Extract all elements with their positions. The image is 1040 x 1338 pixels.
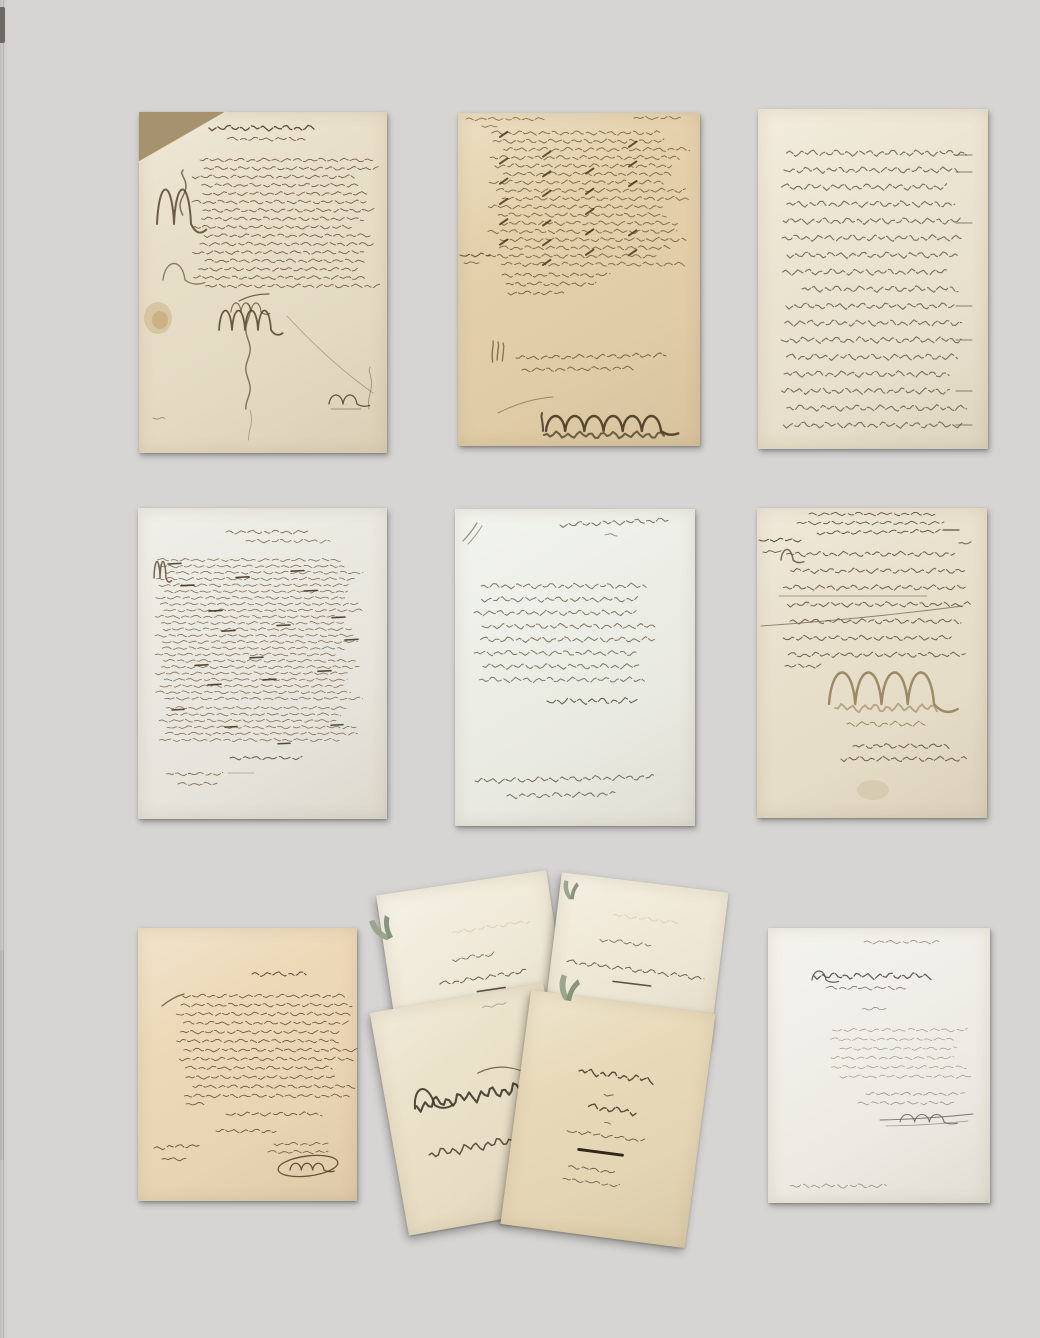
booklet-front-right [500,990,715,1248]
manuscript-photo-2 [458,113,700,446]
binding-notch-top [0,7,5,43]
ribbon-tie-icon [563,878,581,900]
manuscript-photo-1 [139,112,387,453]
manuscript-photo-9 [768,928,990,1203]
manuscript-photo-7 [138,928,357,1201]
manuscript-photo-5 [455,509,695,826]
ribbon-tie-icon [367,910,400,944]
catalog-page [0,0,1040,1338]
manuscript-photo-3 [758,109,988,449]
binding-notch-lower [0,950,4,1160]
manuscript-photo-4 [138,508,387,819]
manuscript-photo-6 [757,508,987,818]
